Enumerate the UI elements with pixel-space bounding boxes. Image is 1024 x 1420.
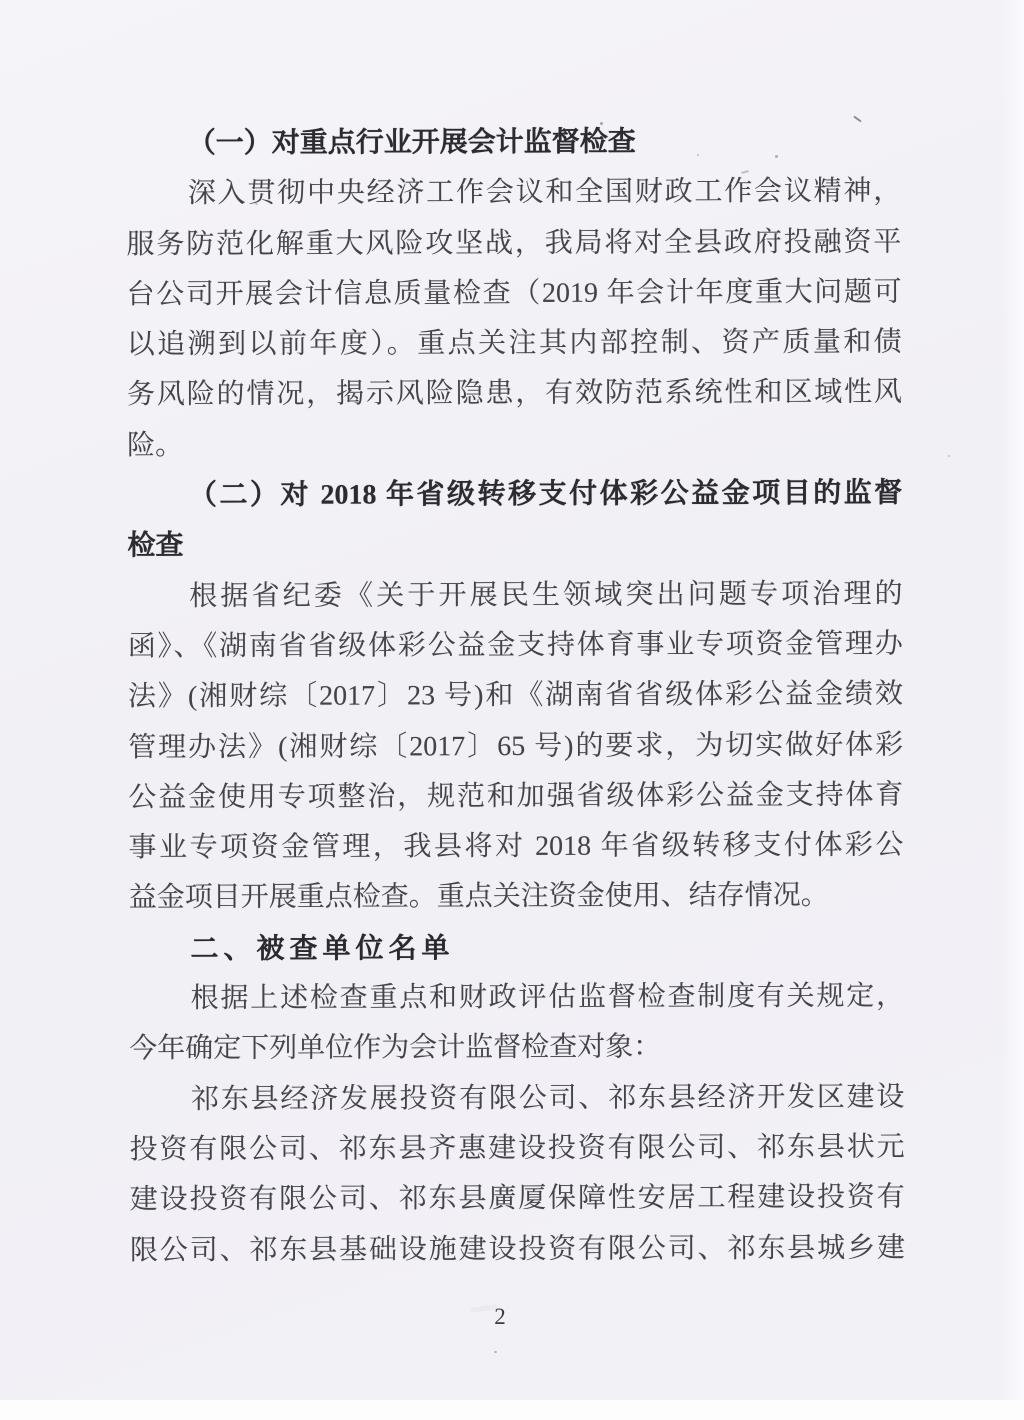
scan-speck [494, 1351, 497, 1353]
body-line: 限公司、祁东县基础设施建设投资有限公司、祁东县城乡建 [130, 1223, 905, 1276]
body-line: 函》、《湖南省省级体彩公益金支持体育事业专项资金管理办 [128, 620, 903, 673]
scan-speck [775, 155, 778, 158]
body-line: 台公司开展会计信息质量检查（2019 年会计年度重大问题可 [127, 268, 902, 321]
heading-line: 检查 [127, 519, 902, 572]
body-line: 祁东县经济发展投资有限公司、祁东县经济开发区建设 [129, 1072, 904, 1125]
body-line: 事业专项资金管理，我县将对 2018 年省级转移支付体彩公 [128, 821, 903, 874]
scan-speck [255, 203, 258, 205]
body-line: 根据上述检查重点和财政评估监督检查制度有关规定， [129, 972, 904, 1025]
body-line: 建设投资有限公司、祁东县廣厦保障性安居工程建设投资有 [130, 1173, 905, 1226]
body-line: 服务防范化解重大风险攻坚战，我局将对全县政府投融资平 [126, 217, 901, 270]
heading-line: （二）对 2018 年省级转移支付体彩公益金项目的监督 [127, 469, 902, 522]
scan-speck [697, 154, 699, 156]
body-line: 险。 [127, 418, 902, 471]
scanned-document-page: { "page": { "paper_color": "#f2f1f6", "i… [0, 0, 1024, 1420]
heading-line: 二、被查单位名单 [129, 921, 904, 974]
body-line: 以追溯到以前年度）。重点关注其内部控制、资产质量和债 [127, 318, 902, 371]
body-line: 管理办法》(湘财综〔2017〕65 号)的要求，为切实做好体彩 [128, 720, 903, 773]
scanner-right-edge [1002, 0, 1024, 1420]
body-line: 深入贯彻中央经济工作会议和全国财政工作会议精神， [126, 167, 901, 220]
body-line: 投资有限公司、祁东县齐惠建设投资有限公司、祁东县状元 [129, 1123, 904, 1176]
body-line: 益金项目开展重点检查。重点关注资金使用、结存情况。 [129, 871, 904, 924]
body-line: 公益金使用专项整治，规范和加强省级体彩公益金支持体育 [128, 771, 903, 824]
body-line: 根据省纪委《关于开展民生领域突出问题专项治理的 [128, 569, 903, 622]
body-line: 今年确定下列单位作为会计监督检查对象： [129, 1022, 904, 1075]
heading-line: （一）对重点行业开展会计监督检查 [126, 117, 901, 170]
body-line: 务风险的情况，揭示风险隐患，有效防范系统性和区域性风 [127, 368, 902, 421]
document-body: （一）对重点行业开展会计监督检查 深入贯彻中央经济工作会议和全国财政工作会议精神… [126, 117, 905, 1277]
scanner-bottom-edge [0, 1400, 1024, 1420]
scan-speck [948, 455, 950, 457]
body-line: 法》(湘财综〔2017〕23 号)和《湖南省省级体彩公益金绩效 [128, 670, 903, 723]
